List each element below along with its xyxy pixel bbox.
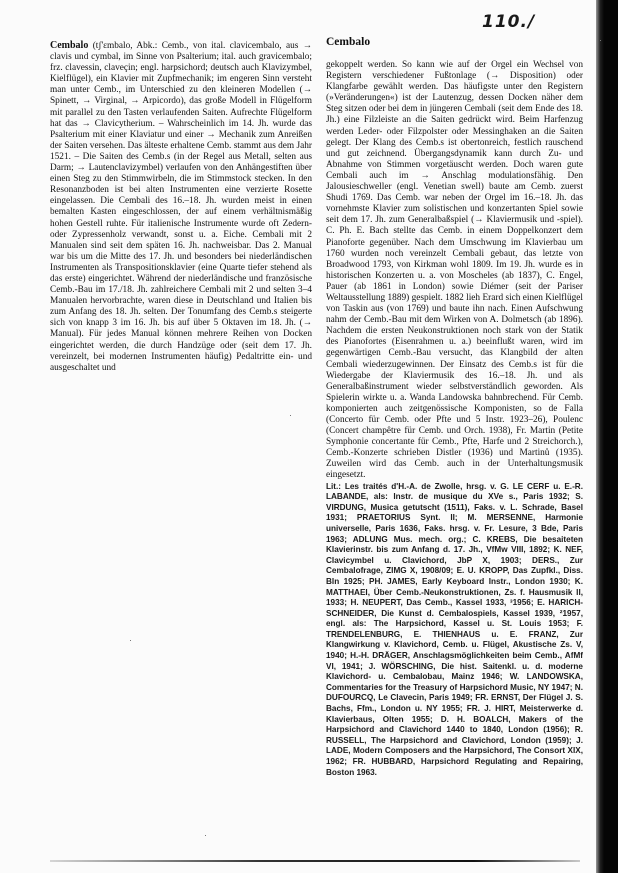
scan-speck xyxy=(130,640,131,641)
entry-paragraph: Cembalo (tʃ'ɛmbalo, Abk.: Cemb., von ita… xyxy=(50,40,312,374)
scan-speck xyxy=(205,835,206,836)
running-header: Cembalo xyxy=(326,36,370,48)
scan-speck xyxy=(290,415,291,416)
scan-speck xyxy=(600,40,601,41)
entry-lemma: Cembalo xyxy=(50,40,88,51)
entry-text-right: gekoppelt werden. So kann wie auf der Or… xyxy=(326,60,583,482)
right-column: gekoppelt werden. So kann wie auf der Or… xyxy=(326,60,583,778)
entry-text-left: (tʃ'ɛmbalo, Abk.: Cemb., von ital. clavi… xyxy=(50,41,312,373)
scan-dark-margin xyxy=(596,0,618,873)
scanned-page: 110./ Cembalo Cembalo (tʃ'ɛmbalo, Abk.: … xyxy=(0,0,618,873)
scan-bottom-edge xyxy=(50,860,580,862)
literature-list: Lit.: Les traités d'H.-A. de Zwolle, hrs… xyxy=(326,482,583,779)
left-column: Cembalo (tʃ'ɛmbalo, Abk.: Cemb., von ita… xyxy=(50,40,312,374)
handwritten-page-mark: 110./ xyxy=(482,12,535,32)
